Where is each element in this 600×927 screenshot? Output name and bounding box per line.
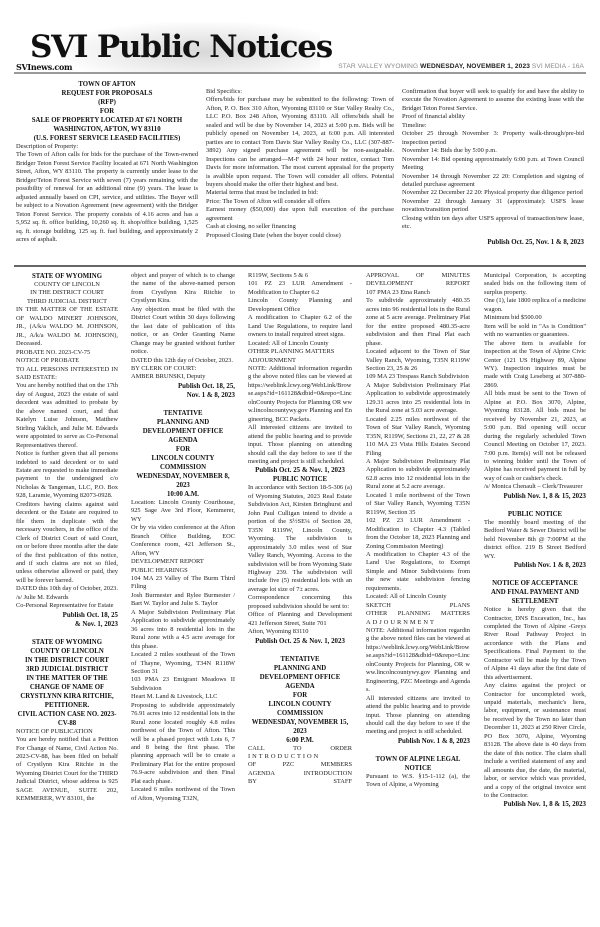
publish-dates: Publish Oct. 25 & Nov. 1, 2023 <box>248 466 352 475</box>
notice-heading: STATE OF WYOMING <box>16 272 118 281</box>
info-link-text: NOTE: Additional information regarding t… <box>248 365 352 424</box>
publish-dates: Publish Oct. 18, 25 <box>16 611 118 620</box>
notice-heading: PUBLIC NOTICE <box>248 475 352 484</box>
publish-dates: Publish Oct. 18, 25, <box>131 382 235 391</box>
notice-heading: TENTATIVE <box>131 409 235 418</box>
column-4: APPROVAL OF MINUTES DEVELOPMENT REPORT 1… <box>366 272 470 790</box>
masthead-divider <box>14 72 586 74</box>
column-2: object and prayer of which is to change … <box>131 272 235 803</box>
notice-heading: NOTICE OF ACCEPTANCE <box>484 579 586 588</box>
page-title: SVI Public Notices <box>30 30 332 64</box>
publish-dates: Publish Oct. 25 & Nov. 1, 2023 <box>248 637 352 646</box>
notice-heading: TENTATIVE <box>248 655 352 664</box>
issue-date: WEDNESDAY, NOVEMBER 1, 2023 <box>420 63 530 70</box>
notice-afton-rfp-col1: TOWN OF AFTON REQUEST FOR PROPOSALS (RFP… <box>16 80 198 244</box>
column-3: R119W, Sections 5 & 6 101 PZ 23 LUR Amen… <box>248 272 352 787</box>
notice-heading: PUBLIC NOTICE <box>484 510 586 519</box>
publish-dates: Publish Oct. 25, Nov. 1 & 8, 2023 <box>402 238 584 247</box>
publish-dates: Publish Nov. 1, 8 & 15, 2023 <box>484 492 586 501</box>
notice-heading: TOWN OF AFTON <box>16 80 198 89</box>
info-link-text: NOTE: Additional information regarding t… <box>366 627 470 695</box>
notice-heading: STATE OF WYOMING <box>16 638 118 647</box>
column-5: Municipal Corporation, is accepting seal… <box>484 272 586 809</box>
notice-heading: TOWN OF ALPINE LEGAL <box>366 755 470 764</box>
section-divider <box>14 265 586 267</box>
publish-dates: Publish Nov. 1 & 8, 2023 <box>366 737 470 746</box>
notice-body: The Town of Afton calls for bids for the… <box>16 151 198 244</box>
masthead: SVI Public Notices SVInews.com STAR VALL… <box>0 0 600 72</box>
notice-afton-rfp-col2: Bid Specifics: Offers/bids for purchase … <box>206 88 394 240</box>
dateline: STAR VALLEY WYOMING WEDNESDAY, NOVEMBER … <box>338 63 584 70</box>
notice-afton-rfp-col3: Confirmation that buyer will seek to qua… <box>402 88 584 247</box>
publish-dates: Publish Nov. 1 & 8, 2023 <box>484 561 586 570</box>
column-1: STATE OF WYOMING COUNTY OF LINCOLN IN TH… <box>16 272 118 804</box>
site-link[interactable]: SVInews.com <box>16 62 72 72</box>
publish-dates: Publish Nov. 1, 8 & 15, 2023 <box>484 800 586 809</box>
